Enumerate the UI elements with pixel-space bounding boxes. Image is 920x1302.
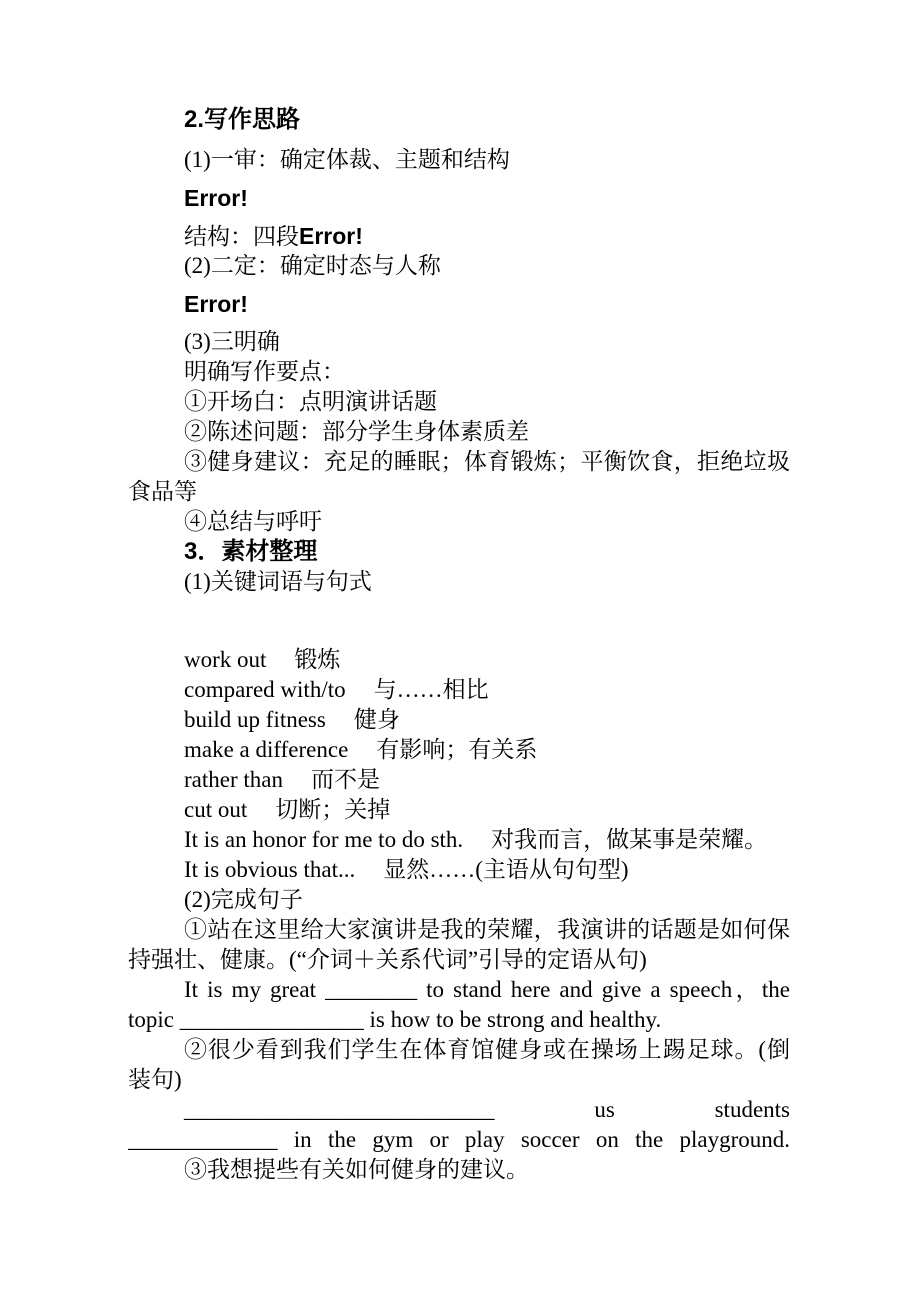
step1-line: (1)一审：确定体裁、主题和结构 [128, 145, 790, 175]
phrase-cn: 与……相比 [374, 677, 489, 702]
points-intro-line: 明确写作要点： [128, 357, 790, 387]
q3-chinese-line: ③我想提些有关如何健身的建议。 [128, 1155, 790, 1185]
section2-heading: 2.写作思路 [128, 105, 790, 135]
point3-line2: 食品等 [128, 477, 790, 507]
point2-line: ②陈述问题：部分学生身体素质差 [128, 417, 790, 447]
phrase-en: cut out [184, 797, 247, 822]
phrase-en: compared with/to [184, 677, 346, 702]
phrase-cn: 而不是 [311, 767, 380, 792]
point4-line: ④总结与呼吁 [128, 507, 790, 537]
structure-line: 结构：四段Error! [128, 221, 790, 251]
error-field-1: Error! [128, 183, 790, 213]
error-field-2: Error! [128, 289, 790, 319]
phrase-row: work out锻炼 [128, 645, 790, 675]
q2-word-students: students [715, 1095, 790, 1125]
q1-answer-line2: topic ________________ is how to be stro… [128, 1005, 790, 1035]
q2-chinese-line1: ②很少看到我们学生在体育馆健身或在操场上踢足球。(倒 [128, 1035, 790, 1065]
step2-line: (2)二定：确定时态与人称 [128, 251, 790, 281]
phrase-row: It is an honor for me to do sth.对我而言，做某事… [128, 825, 790, 855]
phrase-en: make a difference [184, 737, 348, 762]
phrase-en: build up fitness [184, 707, 326, 732]
phrase-cn: 显然……(主语从句句型) [383, 857, 628, 882]
sub1-line: (1)关键词语与句式 [128, 567, 790, 597]
q1-answer-line1: It is my great ________ to stand here an… [128, 975, 790, 1005]
phrase-en: work out [184, 647, 266, 672]
sub2-line: (2)完成句子 [128, 885, 790, 915]
point1-line: ①开场白：点明演讲话题 [128, 387, 790, 417]
structure-label: 结构：四段 [184, 224, 299, 249]
q2-answer-line2: _____________ in the gym or play soccer … [128, 1125, 790, 1155]
answer-blank: ___________________________ [184, 1095, 495, 1125]
q1-chinese-line1: ①站在这里给大家演讲是我的荣耀，我演讲的话题是如何保 [128, 915, 790, 945]
document-body: 2.写作思路 (1)一审：确定体裁、主题和结构 Error! 结构：四段Erro… [128, 105, 790, 1185]
phrase-en: It is obvious that... [184, 857, 355, 882]
phrase-row: build up fitness健身 [128, 705, 790, 735]
q1-chinese-line2: 持强壮、健康。(“介词＋关系代词”引导的定语从句) [128, 945, 790, 975]
phrase-row: make a difference有影响；有关系 [128, 735, 790, 765]
phrase-cn: 有影响；有关系 [376, 737, 537, 762]
phrase-cn: 切断；关掉 [275, 797, 390, 822]
phrase-row: rather than而不是 [128, 765, 790, 795]
phrase-en: It is an honor for me to do sth. [184, 827, 463, 852]
phrase-row: It is obvious that...显然……(主语从句句型) [128, 855, 790, 885]
phrase-row: compared with/to与……相比 [128, 675, 790, 705]
document-page: { "page": { "background_color": "#ffffff… [0, 0, 920, 1302]
blank-area [128, 597, 790, 645]
point3-line1: ③健身建议：充足的睡眠；体育锻炼；平衡饮食，拒绝垃圾 [128, 447, 790, 477]
step3-line: (3)三明确 [128, 327, 790, 357]
q2-word-us: us [594, 1095, 614, 1125]
section3-heading: 3．素材整理 [128, 537, 790, 567]
phrase-cn: 锻炼 [294, 647, 340, 672]
phrase-cn: 健身 [354, 707, 400, 732]
q2-chinese-line2: 装句) [128, 1065, 790, 1095]
q2-answer-line1: ___________________________ us students [128, 1095, 790, 1125]
phrase-en: rather than [184, 767, 283, 792]
phrase-cn: 对我而言，做某事是荣耀。 [491, 827, 767, 852]
error-field-inline: Error! [299, 223, 363, 249]
phrase-row: cut out切断；关掉 [128, 795, 790, 825]
